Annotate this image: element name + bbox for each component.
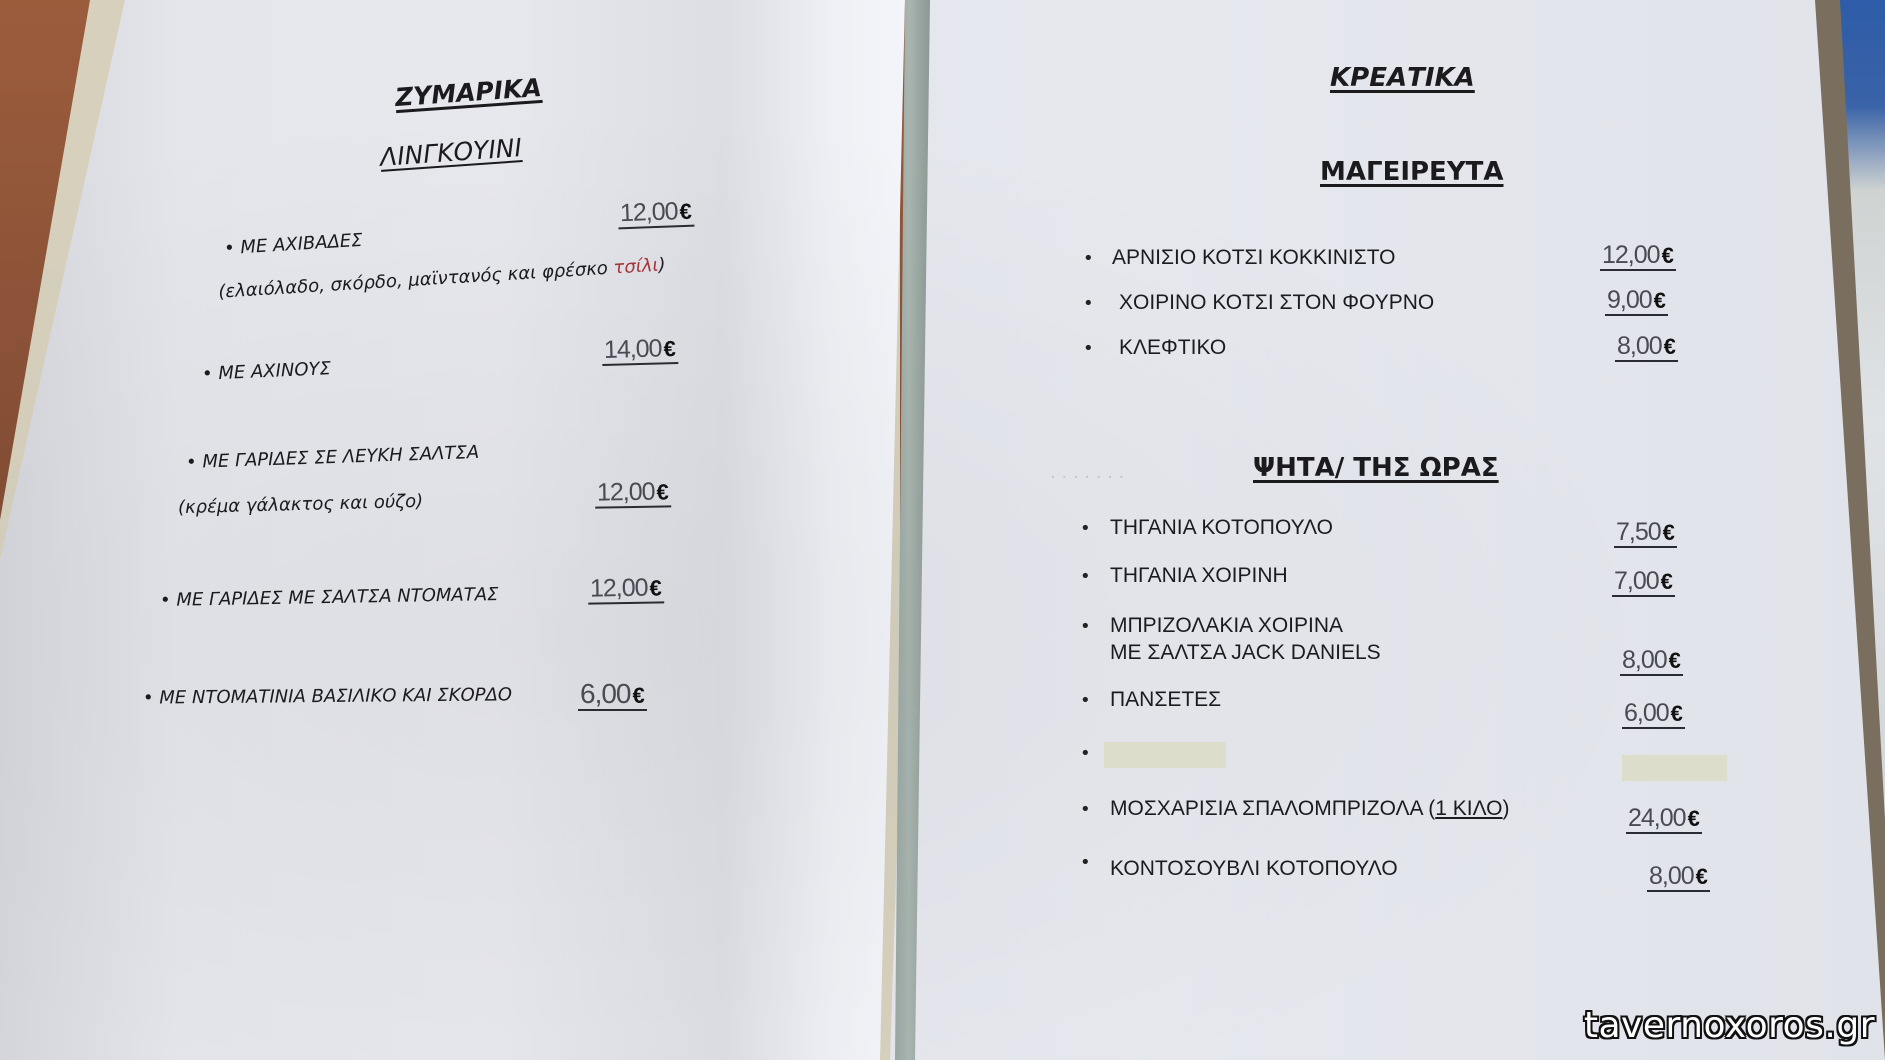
menu-item-name: ΤΗΓΑΝΙΑ ΚΟΤΟΠΟΥΛΟ xyxy=(1110,516,1333,540)
menu-item-name: ΜΟΣΧΑΡΙΣΙΑ ΣΠΑΛΟΜΠΡΙΖΟΛΑ (1 ΚΙΛΟ) xyxy=(1110,797,1510,821)
menu-item-name: ΠΑΝΣΕΤΕΣ xyxy=(1110,688,1221,712)
bullet-icon: • xyxy=(1080,743,1091,764)
menu-item-price: 12,00€ xyxy=(618,199,695,230)
group-title-grilled: ΨΗΤΑ/ ΤΗΣ ΩΡΑΣ xyxy=(1253,453,1499,483)
menu-item-name: ΧΟΙΡΙΝΟ ΚΟΤΣΙ ΣΤΟΝ ΦΟΥΡΝΟ xyxy=(1119,291,1434,315)
covered-item-tape xyxy=(1104,742,1226,768)
covered-price-tape xyxy=(1622,755,1727,781)
bullet-icon: • xyxy=(1083,293,1094,314)
menu-item-name: • ΜΕ ΝΤΟΜΑΤΙΝΙΑ ΒΑΣΙΛΙΚΟ ΚΑΙ ΣΚΟΡΔΟ xyxy=(143,684,512,708)
watermark: tavernoxoros.gr xyxy=(1584,1005,1875,1046)
menu-item-name-line1: ΜΠΡΙΖΟΛΑΚΙΑ ΧΟΙΡΙΝΑ xyxy=(1110,614,1343,638)
bullet-icon: • xyxy=(1080,799,1091,820)
section-title-meats: ΚΡΕΑΤΙΚΑ xyxy=(1330,63,1475,93)
bullet-icon: • xyxy=(1080,690,1091,711)
bullet-icon: • xyxy=(1080,852,1091,873)
menu-item-price: 14,00€ xyxy=(602,336,679,366)
menu-item-price: 6,00€ xyxy=(1622,701,1685,729)
bullet-icon: • xyxy=(1083,338,1094,359)
menu-item-name: ΤΗΓΑΝΙΑ ΧΟΙΡΙΝΗ xyxy=(1110,564,1288,588)
menu-item-price: 24,00€ xyxy=(1626,806,1702,834)
bullet-icon: • xyxy=(1080,566,1091,587)
menu-item-price: 7,50€ xyxy=(1614,520,1677,548)
bullet-icon: • xyxy=(1080,616,1091,637)
group-title-stews: ΜΑΓΕΙΡΕΥΤΑ xyxy=(1320,157,1504,187)
menu-item-price: 7,00€ xyxy=(1612,569,1675,597)
menu-item-name-line2: ΜΕ ΣΑΛΤΣΑ JACK DANIELS xyxy=(1110,641,1381,665)
menu-item-price: 8,00€ xyxy=(1620,648,1683,676)
bullet-icon: • xyxy=(1080,518,1091,539)
bullet-icon: • xyxy=(1083,248,1094,269)
menu-item-name: ΚΟΝΤΟΣΟΥΒΛΙ ΚΟΤΟΠΟΥΛΟ xyxy=(1110,857,1398,881)
menu-item-price: 9,00€ xyxy=(1605,288,1668,316)
menu-item-price: 12,00€ xyxy=(588,575,664,604)
menu-item-price: 6,00€ xyxy=(578,680,647,711)
menu-item-price: 12,00€ xyxy=(595,479,671,508)
menu-item-price: 8,00€ xyxy=(1647,864,1710,892)
menu-item-price: 12,00€ xyxy=(1600,243,1676,271)
menu-item-price: 8,00€ xyxy=(1615,334,1678,362)
menu-item-name: ΚΛΕΦΤΙΚΟ xyxy=(1119,336,1226,360)
menu-item-name: ΑΡΝΙΣΙΟ ΚΟΤΣΙ ΚΟΚΚΙΝΙΣΤΟ xyxy=(1112,246,1395,270)
